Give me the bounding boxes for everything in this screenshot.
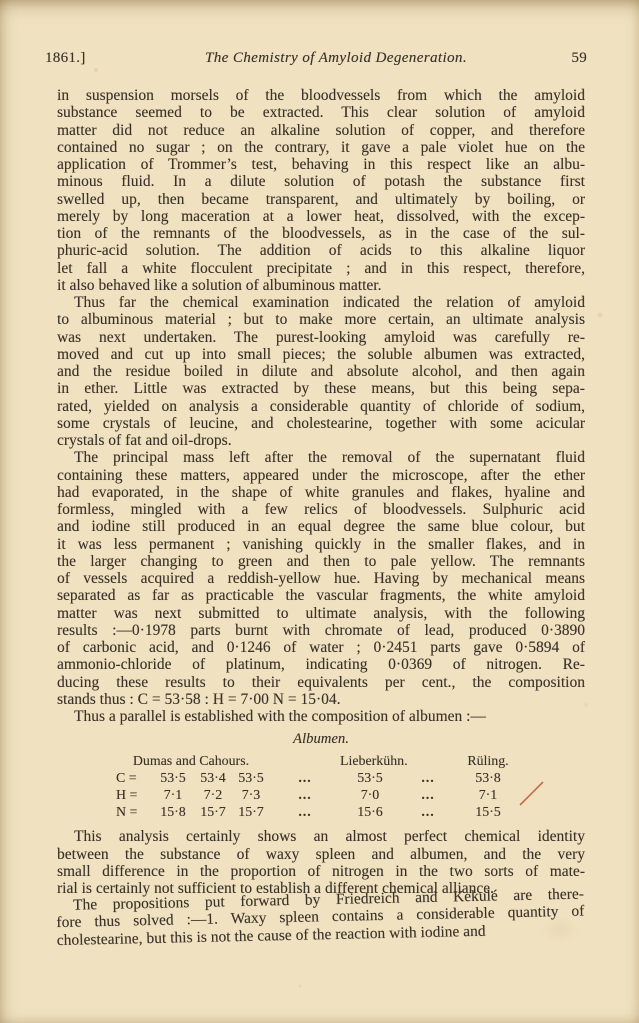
text-line: crystals of fat and oil-drops. [57,432,585,449]
text-line: phuric-acid solution. The addition of ac… [57,242,585,259]
dots-separator: ... [270,769,340,786]
scanned-book-page: 1861.] The Chemistry of Amyloid Degenera… [0,0,639,1023]
text-line: ammonio-chloride of platinum, indicating… [57,656,585,673]
paragraph: The propositions put forward by Friedrei… [56,886,585,949]
text-line: was next undertaken. The purest-looking … [57,329,585,346]
text-line: of vessels acquired a reddish-yellow hue… [57,570,585,587]
dots-separator: ... [400,786,456,803]
text-line: and the residue boiled in dilute and abs… [57,363,585,380]
column-header-dumas: Dumas and Cahours. [112,752,270,769]
text-line: it was less permanent ; vanishing quickl… [57,536,585,553]
page-header: 1861.] The Chemistry of Amyloid Degenera… [0,0,639,67]
table-value-ruling: 53·8 [456,769,520,786]
text-line: had evaporated, in the shape of white gr… [57,484,585,501]
text-line: This analysis certainly shows an almost … [57,828,585,845]
table-row-label: N = [112,803,152,820]
table-value: 15·7 [194,803,232,820]
paragraph: in suspension morsels of the bloodvessel… [57,87,585,294]
column-header-ruling: Rüling. [456,752,520,769]
body-top: in suspension morsels of the bloodvessel… [57,87,585,725]
text-line: Thus a parallel is established with the … [57,708,585,725]
column-header-lieberkuhn: Lieberkühn. [340,752,400,769]
text-line: contained no sugar ; on the contrary, it… [57,139,585,156]
page-number: 59 [541,50,587,67]
text-line: to albuminous material ; but to make mor… [57,311,585,328]
paragraph: Thus a parallel is established with the … [57,708,585,725]
text-line: Thus far the chemical examination indica… [57,294,585,311]
text-line: let fall a white flocculent precipitate … [57,260,585,277]
dots-separator: ... [400,803,456,820]
text-line: of carbonic acid, and 0·1246 of water ; … [57,639,585,656]
table-value-lieberkuhn: 15·6 [340,803,400,820]
table-value-lieberkuhn: 53·5 [340,769,400,786]
table-value: 7·1 [152,786,194,803]
text-line: The principal mass left after the remova… [57,449,585,466]
text-line: containing these matters, appeared under… [57,467,585,484]
table-value: 7·3 [232,786,270,803]
table-value: 53·4 [194,769,232,786]
dots-separator: ... [400,769,456,786]
dots-separator: ... [270,786,340,803]
text-line: separated as far as practicable the vasc… [57,587,585,604]
table-value-ruling: 15·5 [456,803,520,820]
text-line: the larger changing to green and then to… [57,553,585,570]
running-title: The Chemistry of Amyloid Degeneration. [131,50,541,67]
text-line: merely by long maceration at a lower hea… [57,208,585,225]
text-line: and iodine still produced in an equal de… [57,518,585,535]
text-line: in ether. Little was extracted by these … [57,380,585,397]
text-line: minous fluid. In a dilute solution of po… [57,173,585,190]
text-line: ducing these results to their equivalent… [57,674,585,691]
text-line: some crystals of leucine, and cholestear… [57,415,585,432]
text-line: matter was next submitted to ultimate an… [57,605,585,622]
text-line: substance seemed to be extracted. This c… [57,104,585,121]
text-line: matter did not reduce an alkaline soluti… [57,122,585,139]
table-value: 53·5 [152,769,194,786]
text-line: formless, mingled with a few relics of b… [57,501,585,518]
text-line: results :—0·1978 parts burnt with chroma… [57,622,585,639]
paragraph: Thus far the chemical examination indica… [57,294,585,449]
page-body: in suspension morsels of the bloodvessel… [0,67,639,949]
paragraph: The principal mass left after the remova… [57,449,585,708]
year-label: 1861.] [45,50,131,67]
text-line: moved and cut up into small pieces; the … [57,346,585,363]
text-line: it also behaved like a solution of album… [57,277,585,294]
albumen-table: Albumen. Dumas and Cahours. Lieberkühn. … [57,731,585,820]
dots-separator: ... [270,803,340,820]
table-value: 53·5 [232,769,270,786]
table-value-lieberkuhn: 7·0 [340,786,400,803]
text-line: swelled up, then became transparent, and… [57,191,585,208]
text-line: rated, yielded on analysis a considerabl… [57,398,585,415]
table-grid: Dumas and Cahours. Lieberkühn. Rüling. C… [112,752,585,820]
table-value: 15·8 [152,803,194,820]
table-value: 7·2 [194,786,232,803]
text-line: stands thus : C = 53·58 : H = 7·00 N = 1… [57,691,585,708]
text-line: application of Trommer’s test, behaving … [57,156,585,173]
table-row-label: C = [112,769,152,786]
text-line: tion of the remnants of the bloodvessels… [57,225,585,242]
text-line: between the substance of waxy spleen and… [57,846,585,863]
table-row-label: H = [112,786,152,803]
table-title: Albumen. [57,731,585,748]
body-bottom: This analysis certainly shows an almost … [57,828,585,949]
text-line: in suspension morsels of the bloodvessel… [57,87,585,104]
table-value-ruling: 7·1 [456,786,520,803]
text-line: small difference in the proportion of ni… [57,863,585,880]
table-value: 15·7 [232,803,270,820]
